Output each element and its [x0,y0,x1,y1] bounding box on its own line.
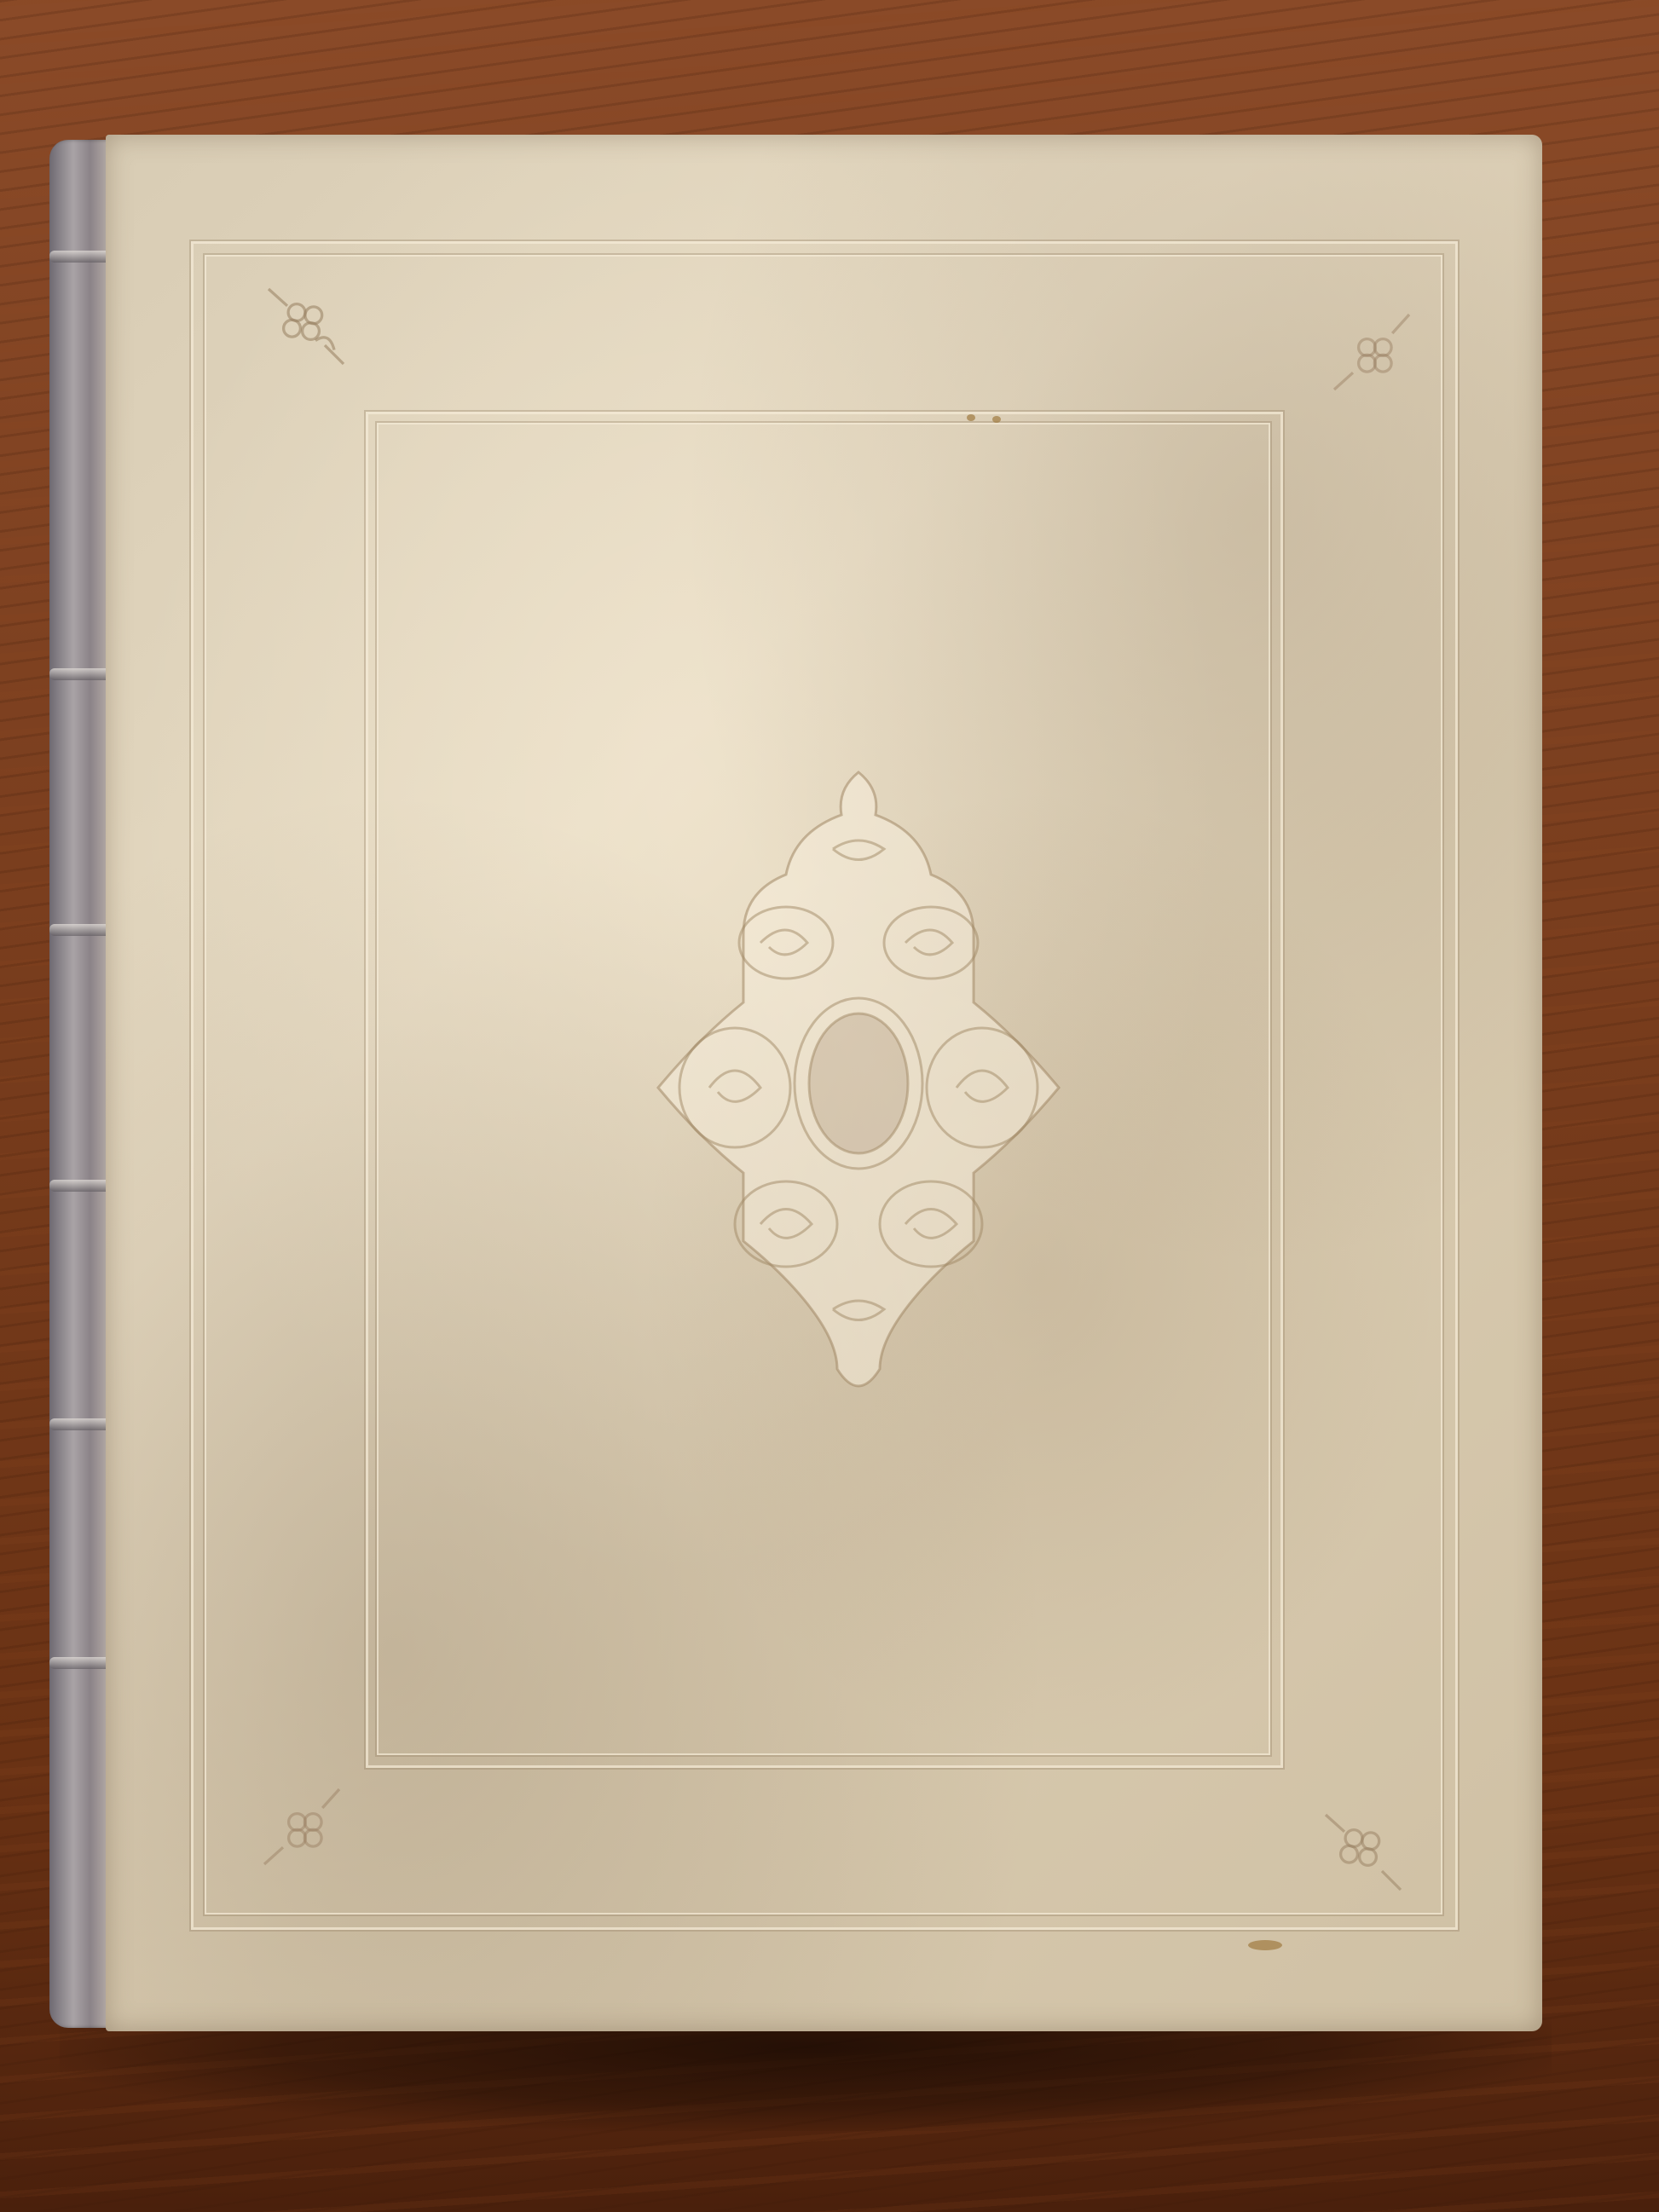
corner-ornament-icon [1325,305,1419,399]
corner-ornament-icon [255,1780,349,1874]
stain [967,414,975,421]
centerpiece-ornament-icon [650,764,1067,1412]
stain [1248,1940,1282,1950]
stain [992,416,1001,423]
corner-ornament-icon [259,280,353,373]
corner-ornament-icon [1316,1805,1410,1899]
book [61,135,1540,2031]
book-cover [106,135,1542,2031]
